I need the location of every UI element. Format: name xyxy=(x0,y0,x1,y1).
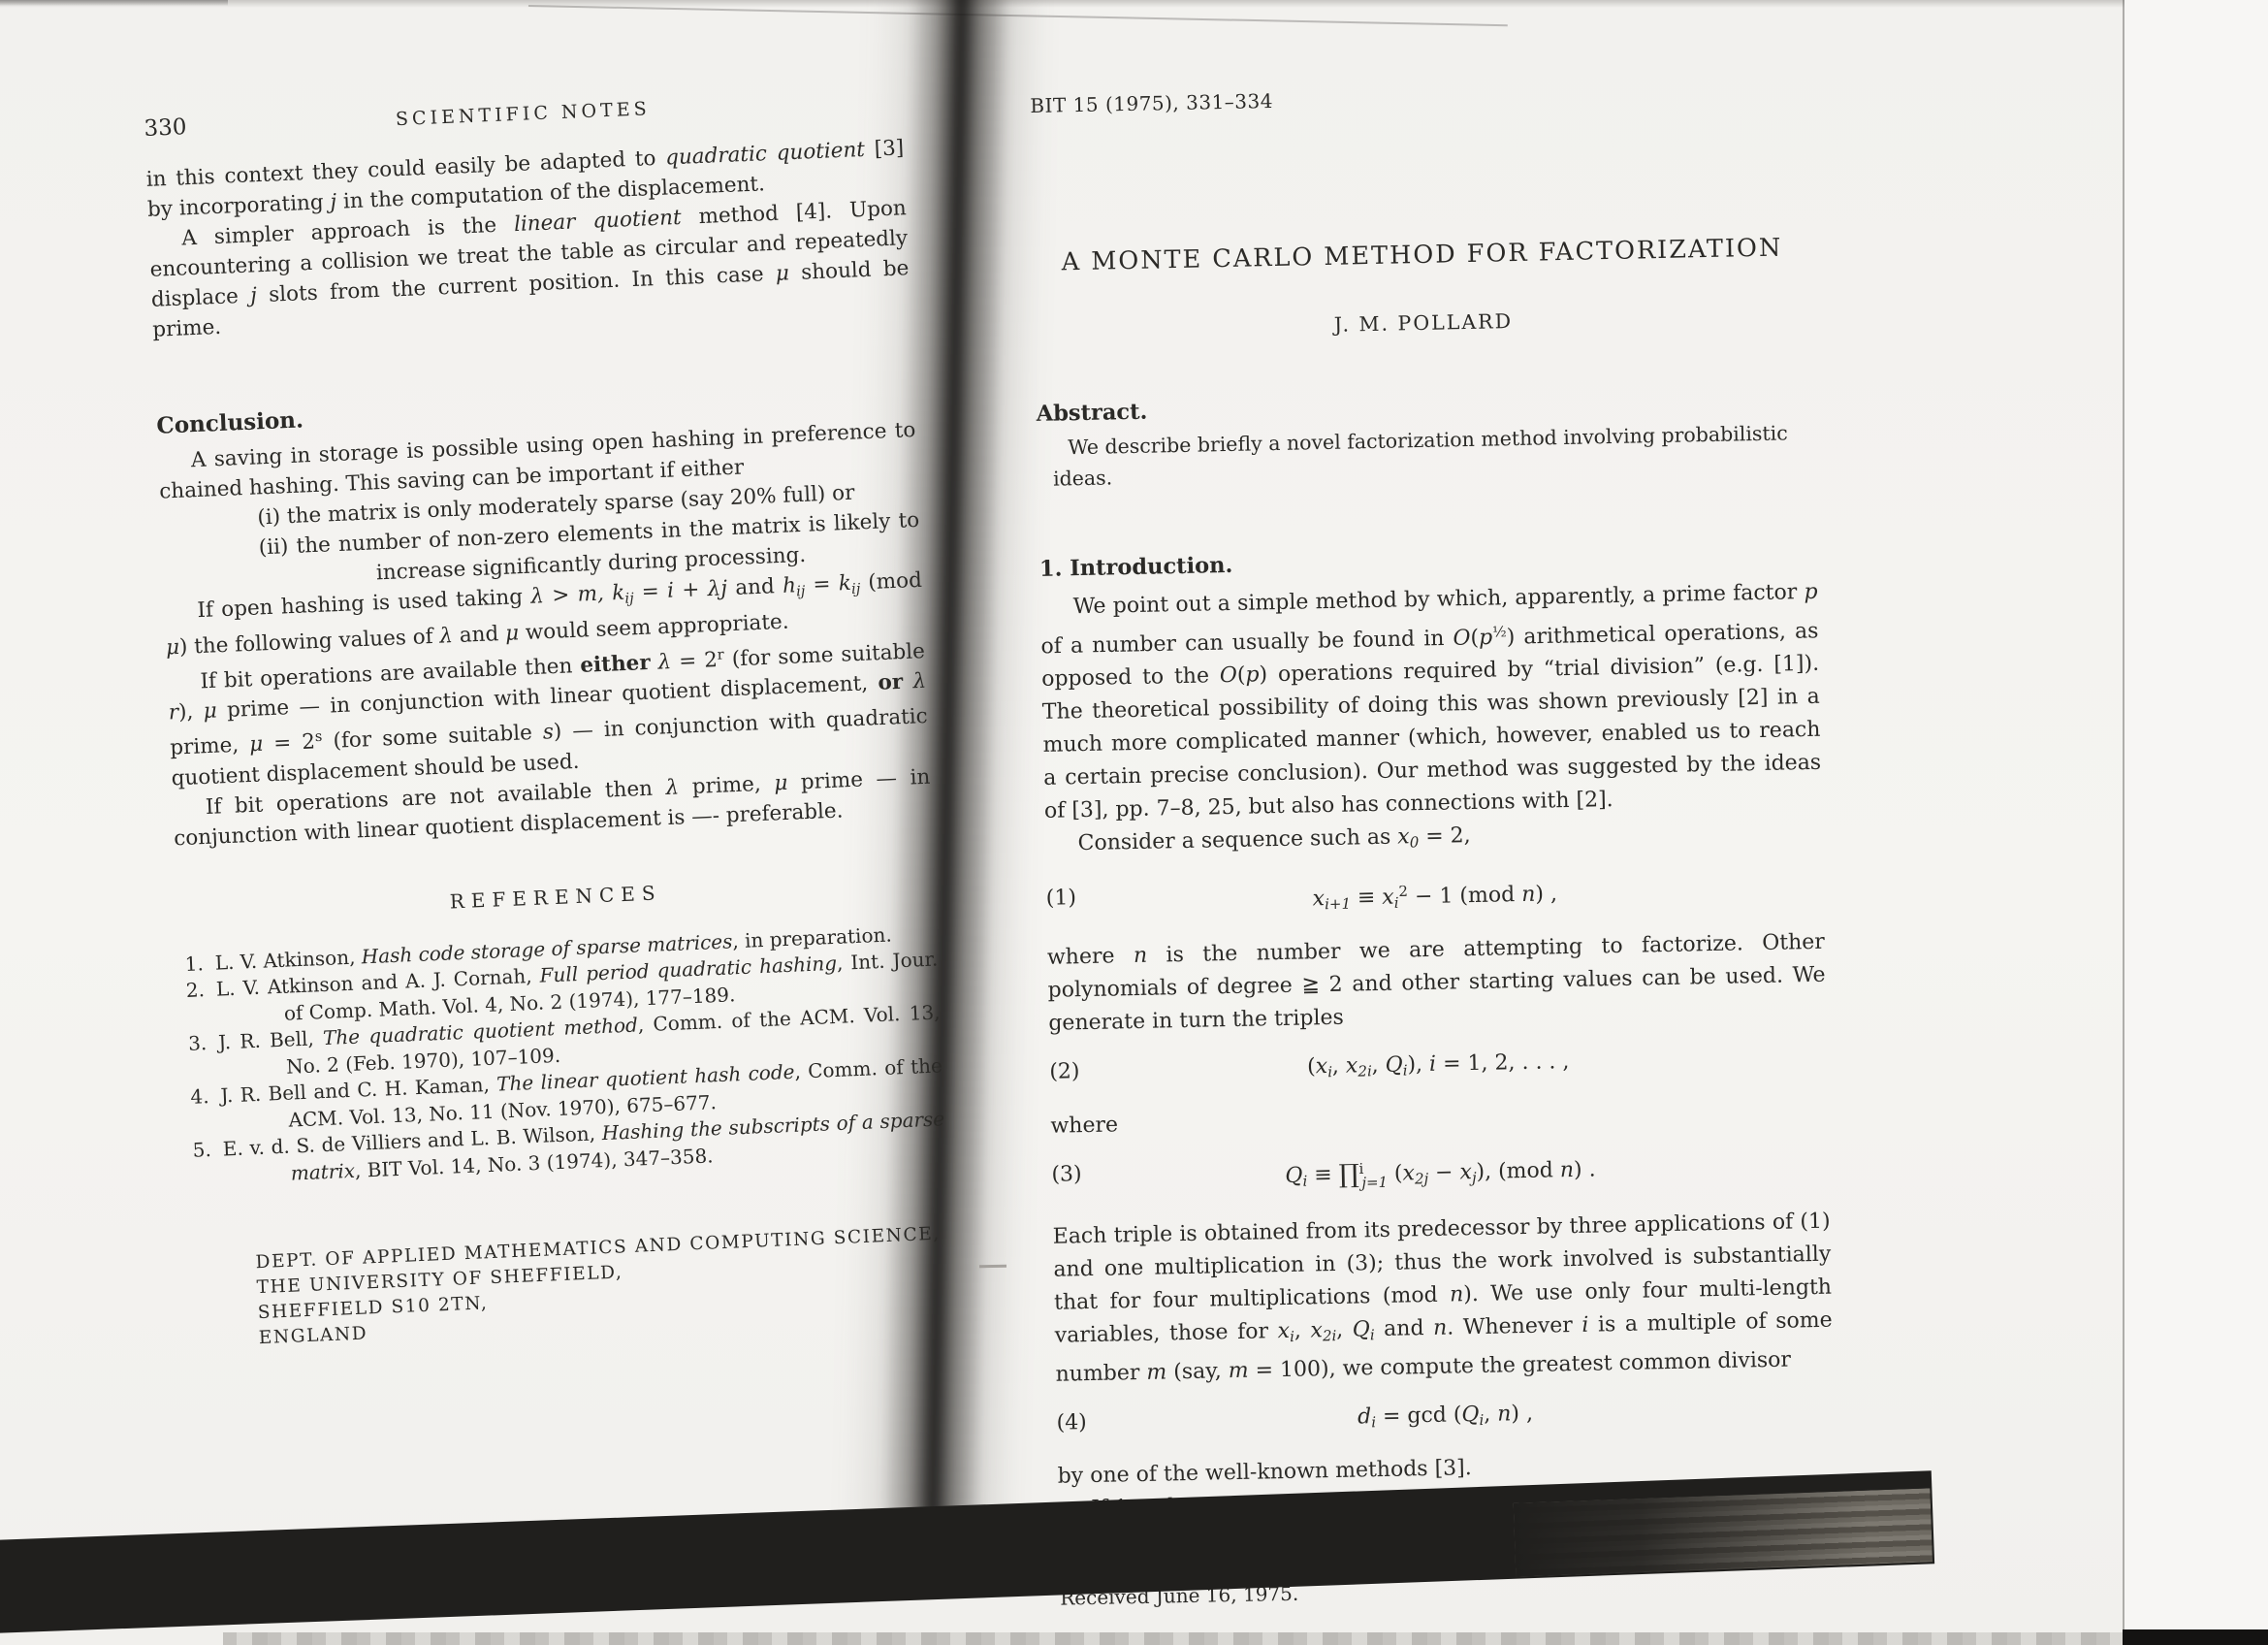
right-page: BIT 15 (1975), 331–334 A MONTE CARLO MET… xyxy=(1030,74,1837,1615)
reference-number: 1. xyxy=(184,952,204,976)
header-spacer xyxy=(815,104,902,108)
equation-body: xi+1 ≡ xi2 − 1 (mod n) , xyxy=(1312,882,1557,911)
equation-body: di = gcd (Qi, n) , xyxy=(1358,1401,1533,1429)
reference-number: 4. xyxy=(190,1084,209,1109)
abstract-text: We describe briefly a novel factorizatio… xyxy=(1052,417,1815,495)
paragraph: where n is the number we are attempting … xyxy=(1047,926,1827,1041)
paragraph: We point out a simple method by which, a… xyxy=(1039,576,1822,829)
reference-number: 2. xyxy=(185,978,205,1002)
paper-author: J. M. POLLARD xyxy=(1035,299,1813,347)
references-list: 1.L. V. Atkinson, Hash code storage of s… xyxy=(178,919,946,1191)
equation-2: (2) (xi, x2i, Qi), i = 1, 2, . . . , xyxy=(1049,1041,1828,1094)
references-heading: REFERENCES xyxy=(176,866,936,928)
reference-number: 3. xyxy=(188,1031,208,1055)
equation-number: (1) xyxy=(1045,882,1076,916)
equation-body: (xi, x2i, Qi), i = 1, 2, . . . , xyxy=(1307,1049,1570,1079)
journal-reference: BIT 15 (1975), 331–334 xyxy=(1030,74,1808,122)
scanner-right-margin xyxy=(2124,0,2268,1631)
left-page-header: 330 SCIENTIFIC NOTES xyxy=(144,82,903,145)
equation-3: (3) Qi ≡ ∏ij=1 (x2j − xj), (mod n) . xyxy=(1051,1143,1830,1206)
scanned-book-spread: { "colors": { "paper": "#f4f3f0", "ink":… xyxy=(0,0,2268,1645)
fore-edge-stripe-fade xyxy=(1514,1488,1933,1576)
page-right-edge-line xyxy=(2123,0,2124,1633)
scanner-bottom-grain xyxy=(223,1632,2268,1645)
equation-number: (3) xyxy=(1051,1158,1082,1192)
equation-body: Qi ≡ ∏ij=1 (x2j − xj), (mod n) . xyxy=(1285,1157,1596,1187)
scanner-top-smudge xyxy=(0,0,228,6)
page-fore-edge-stripes xyxy=(1514,1488,1933,1576)
equation-4: (4) di = gcd (Qi, n) , xyxy=(1056,1391,1835,1444)
paragraph: Each triple is obtained from its predece… xyxy=(1052,1206,1833,1391)
equation-number: (2) xyxy=(1049,1055,1080,1089)
reference-number: 5. xyxy=(192,1138,211,1162)
scanner-top-edge xyxy=(0,0,2268,8)
equation-1: (1) xi+1 ≡ xi2 − 1 (mod n) , xyxy=(1045,866,1824,926)
paper-title: A MONTE CARLO METHOD FOR FACTORIZATION xyxy=(1033,231,1811,279)
page-number: 330 xyxy=(144,111,232,145)
paragraph: where xyxy=(1050,1094,1829,1143)
running-head: SCIENTIFIC NOTES xyxy=(231,87,815,142)
left-page: 330 SCIENTIFIC NOTES in this context the… xyxy=(144,82,953,1354)
equation-number: (4) xyxy=(1056,1406,1087,1440)
margin-pencil-mark xyxy=(979,1265,1006,1268)
author-address: DEPT. OF APPLIED MATHEMATICS AND COMPUTI… xyxy=(255,1221,953,1351)
bottom-right-corner-bar xyxy=(2123,1629,2268,1645)
